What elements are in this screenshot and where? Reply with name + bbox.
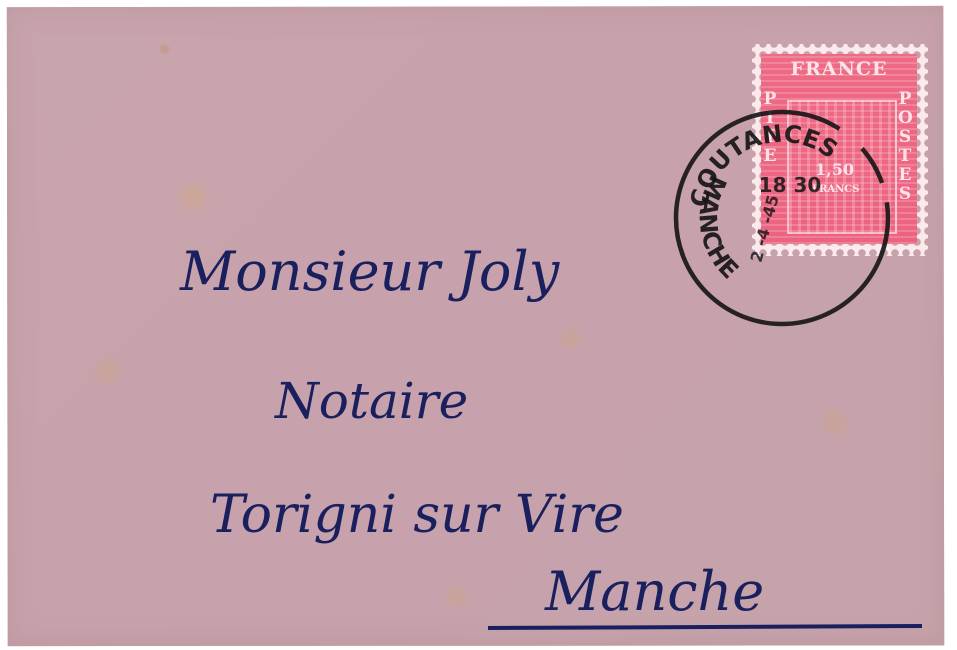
underline-stroke — [488, 626, 922, 628]
handwritten-address: Monsieur Joly Notaire Torigni sur Vire M… — [0, 0, 957, 650]
address-line-department: Manche — [544, 560, 764, 623]
address-line-title: Notaire — [274, 372, 468, 430]
address-line-town: Torigni sur Vire — [210, 485, 624, 545]
address-line-recipient: Monsieur Joly — [179, 240, 561, 303]
